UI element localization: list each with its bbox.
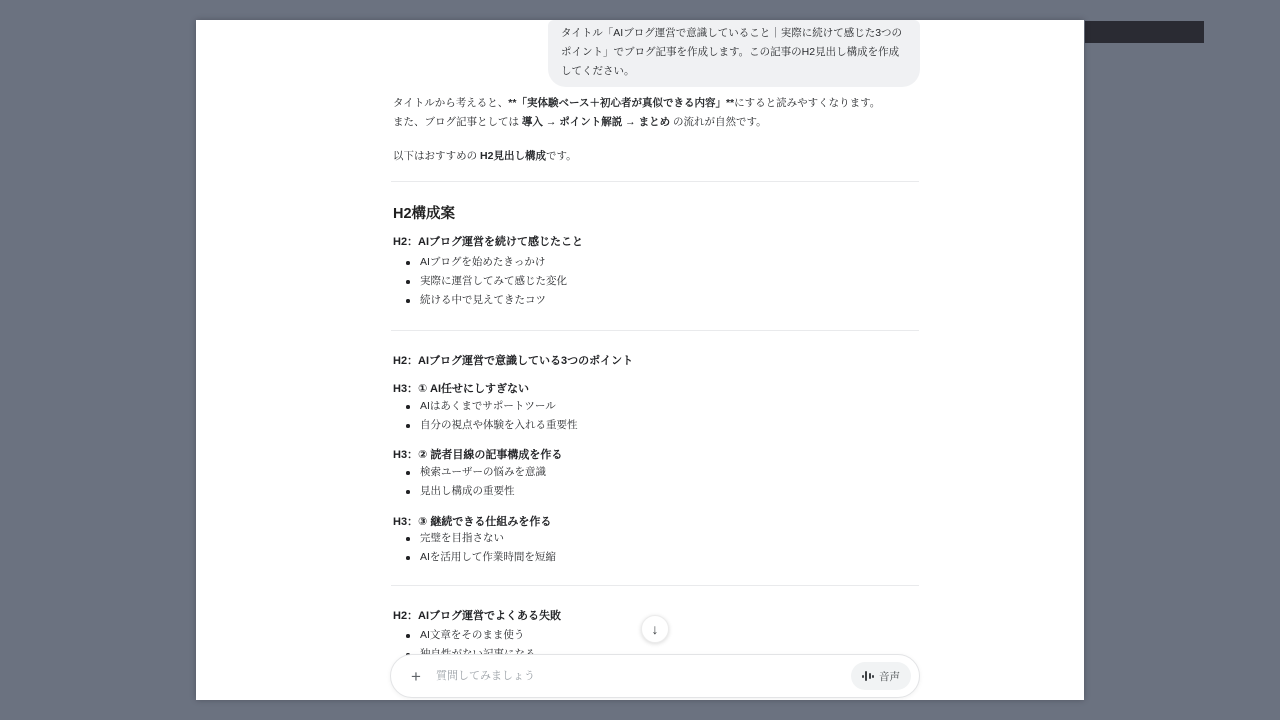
waveform-icon xyxy=(862,671,875,681)
section-heading-h2-plan: H2構成案 xyxy=(393,202,921,223)
list-item: 完璧を目指さない xyxy=(393,529,921,548)
divider xyxy=(391,330,919,331)
list-item: AIブログを始めたきっかけ xyxy=(393,253,921,272)
list-item: 続ける中で見えてきたコツ xyxy=(393,291,921,310)
list-item: 自分の視点や体験を入れる重要性 xyxy=(393,416,921,435)
list-point2: 検索ユーザーの悩みを意識 見出し構成の重要性 xyxy=(393,463,921,501)
message-input[interactable] xyxy=(436,670,851,682)
divider xyxy=(391,585,919,586)
list-item: 見出し構成の重要性 xyxy=(393,482,921,501)
user-message-bubble: タイトル「AIブログ運営で意識していること｜実際に続けて感じた3つのポイント」で… xyxy=(548,20,920,87)
arrow-down-icon: ↓ xyxy=(652,621,659,637)
response-intro-paragraph: タイトルから考えると、**「実体験ベース＋初心者が真似できる内容」**にすると読… xyxy=(393,94,921,132)
h3-title-point2: H3：② 読者目線の記事構成を作る xyxy=(393,446,921,462)
intro-line-2: また、ブログ記事としては 導入 → ポイント解説 → まとめ の流れが自然です。 xyxy=(393,113,921,132)
h2-title-felt: H2：AIブログ運営を続けて感じたこと xyxy=(393,233,921,249)
list-point3: 完璧を目指さない AIを活用して作業時間を短縮 xyxy=(393,529,921,567)
chat-page: タイトル「AIブログ運営で意識していること｜実際に続けて感じた3つのポイント」で… xyxy=(196,20,1084,700)
h3-title-point1: H3：① AI任せにしすぎない xyxy=(393,380,921,396)
h3-title-point3: H3：③ 継続できる仕組みを作る xyxy=(393,513,921,529)
divider xyxy=(391,181,919,182)
list-item: 実際に運営してみて感じた変化 xyxy=(393,272,921,291)
user-message-text: タイトル「AIブログ運営で意識していること｜実際に続けて感じた3つのポイント」で… xyxy=(561,27,902,77)
voice-button-label: 音声 xyxy=(879,669,900,684)
plus-icon[interactable]: + xyxy=(406,668,426,685)
list-item: AIはあくまでサポートツール xyxy=(393,397,921,416)
list-item: AIを活用して作業時間を短縮 xyxy=(393,548,921,567)
scroll-to-bottom-button[interactable]: ↓ xyxy=(641,615,669,643)
response-lead-line: 以下はおすすめの H2見出し構成です。 xyxy=(393,147,921,166)
intro-line-1: タイトルから考えると、**「実体験ベース＋初心者が真似できる内容」**にすると読… xyxy=(393,94,921,113)
list-section1: AIブログを始めたきっかけ 実際に運営してみて感じた変化 続ける中で見えてきたコ… xyxy=(393,253,921,310)
list-item: 検索ユーザーの悩みを意識 xyxy=(393,463,921,482)
h2-title-three-points: H2：AIブログ運営で意識している3つのポイント xyxy=(393,352,921,368)
list-point1: AIはあくまでサポートツール 自分の視点や体験を入れる重要性 xyxy=(393,397,921,435)
message-composer[interactable]: + 音声 xyxy=(390,654,920,698)
background-window-fragment xyxy=(1085,21,1204,43)
voice-button[interactable]: 音声 xyxy=(851,662,912,690)
